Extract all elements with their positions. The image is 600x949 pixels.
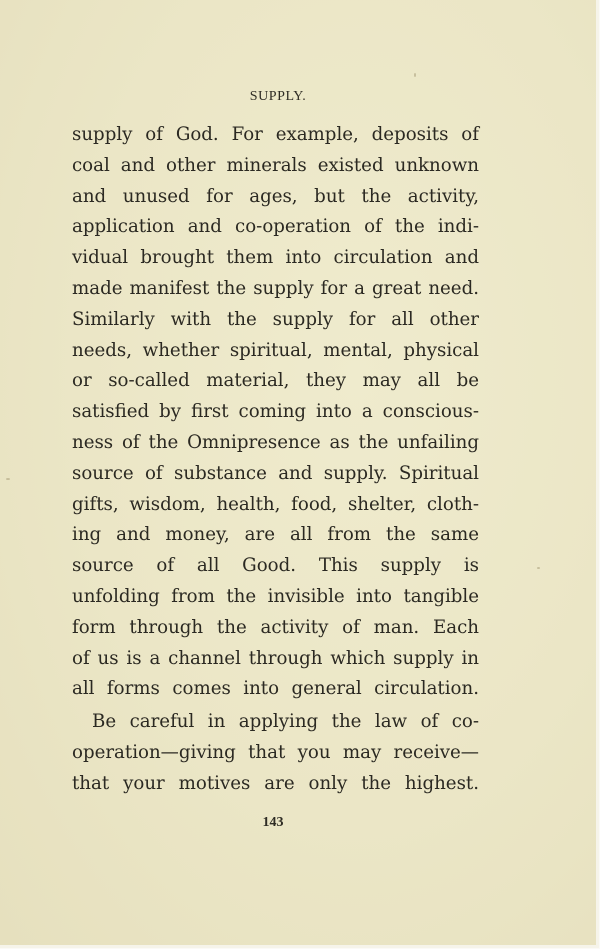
text-line: source of all Good. This supply is [72,551,479,582]
text-line: source of substance and supply. Spiritua… [72,459,479,490]
paper-speck [414,73,416,77]
text-line: or so-called material, they may all be [72,366,479,397]
running-head: SUPPLY. [0,89,556,105]
text-line: satisfied by first coming into a conscio… [72,397,479,428]
paper-speck [6,478,10,480]
text-line: supply of God. For example, deposits of [72,120,479,151]
text-line: Be careful in applying the law of co- [72,707,479,738]
text-line: ness of the Omnipresence as the unfailin… [72,428,479,459]
text-line: application and co-operation of the indi… [72,212,479,243]
text-line: operation—giving that you may receive— [72,738,479,769]
text-line: that your motives are only the highest. [72,769,479,800]
book-page: SUPPLY. supply of God. For example, depo… [0,0,599,948]
text-line: Similarly with the supply for all other [72,305,479,336]
text-line: unfolding from the invisible into tangib… [72,582,479,613]
paper-speck [537,567,540,569]
text-line: of us is a channel through which supply … [72,644,479,675]
text-line: and unused for ages, but the activity, [72,182,479,213]
text-line: coal and other minerals existed unknown [72,151,479,182]
text-line: needs, whether spiritual, mental, physic… [72,336,479,367]
paragraph-2: Be careful in applying the law of co- op… [72,707,479,799]
text-line: all forms comes into general circulation… [72,674,479,705]
text-line: gifts, wisdom, health, food, shelter, cl… [72,490,479,521]
body-text: supply of God. For example, deposits of … [72,120,479,800]
text-line: made manifest the supply for a great nee… [72,274,479,305]
paragraph-1: supply of God. For example, deposits of … [72,120,479,705]
text-line: vidual brought them into circulation and [72,243,479,274]
text-line: ing and money, are all from the same [72,520,479,551]
text-line: form through the activity of man. Each [72,613,479,644]
page-number: 143 [0,815,546,831]
